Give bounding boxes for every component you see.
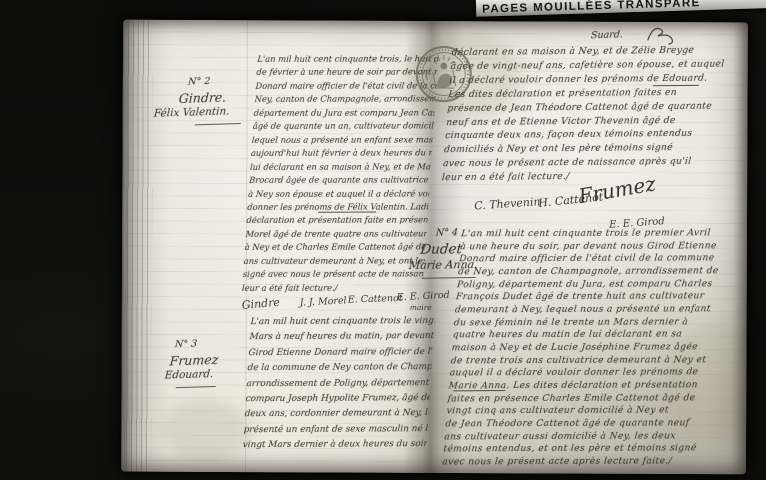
register-scan-scene: PAGES MOUILLÉES TRANSPARE N° 2 Gindre. F…	[0, 0, 766, 480]
archive-label-text: PAGES MOUILLÉES TRANSPARE	[482, 0, 701, 16]
register-book-spread: N° 2 Gindre. Félix Valentin. N° 3 Frumez…	[121, 20, 748, 475]
page-vignette	[121, 20, 748, 475]
archive-label: PAGES MOUILLÉES TRANSPARE	[476, 0, 766, 17]
